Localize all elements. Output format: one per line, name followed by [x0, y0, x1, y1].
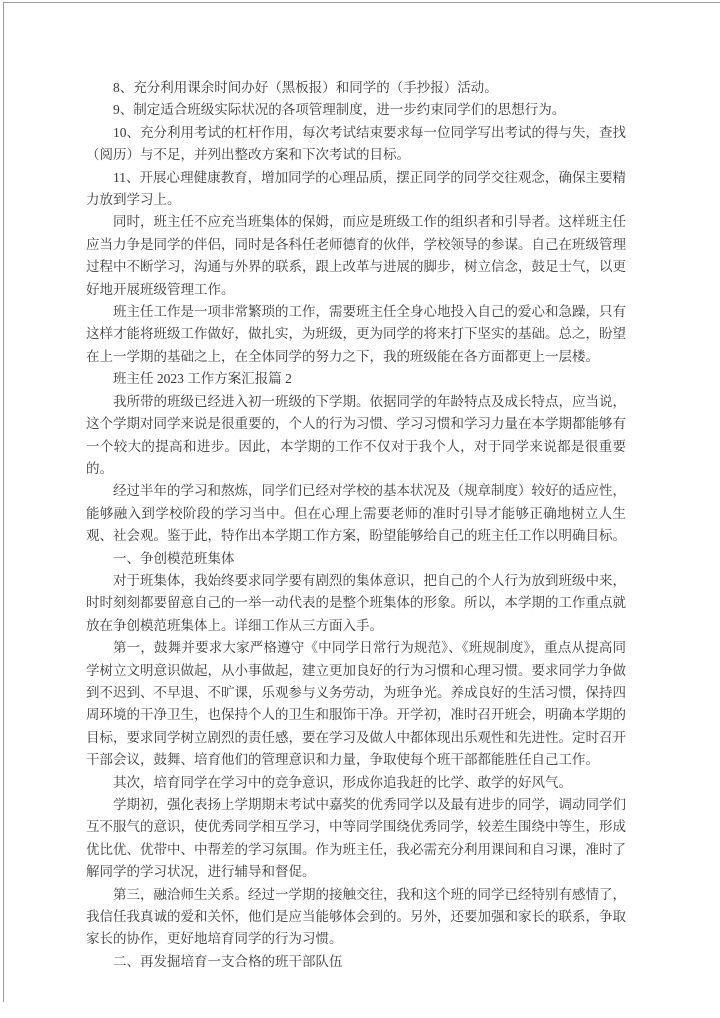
- paragraph: 同时，班主任不应充当班集体的保姆，而应是班级工作的组织者和引导者。这样班主任应当…: [86, 211, 626, 301]
- paragraph: 第一，鼓舞并要求大家严格遵守《中同学日常行为规范》、《班规制度》，重点从提高同学…: [86, 637, 626, 771]
- page-border-left: [3, 2, 4, 1002]
- section-heading-one: 一、争创模范班集体: [86, 548, 626, 570]
- paragraph: 其次，培育同学在学习中的竞争意识，形成你追我赶的比学、敢学的好风气。: [86, 772, 626, 794]
- paragraph: 经过半年的学习和熬炼，同学们已经对学校的基本状况及（规章制度）较好的适应性，能够…: [86, 480, 626, 547]
- paragraph: 对于班集体，我始终要求同学要有剧烈的集体意识，把自己的个人行为放到班级中来，时时…: [86, 570, 626, 637]
- paragraph: 第三，融洽师生关系。经过一学期的接触交往，我和这个班的同学已经特别有感情了，我信…: [86, 884, 626, 951]
- paragraph: 班主任工作是一项非常繁琐的工作，需要班主任全身心地投入自己的爱心和急躁，只有这样…: [86, 301, 626, 368]
- section-heading-part2: 班主任 2023 工作方案汇报篇 2: [86, 368, 626, 390]
- list-item-10: 10、充分利用考试的杠杆作用，每次考试结束要求每一位同学写出考试的得与失，查找（…: [86, 122, 626, 167]
- page-border-top: [3, 2, 720, 3]
- list-item-9: 9、制定适合班级实际状况的各项管理制度，进一步约束同学们的思想行为。: [86, 99, 626, 121]
- paragraph: 我所带的班级已经进入初一班级的下学期。依据同学的年龄特点及成长特点，应当说，这个…: [86, 391, 626, 481]
- document-page: { "page": { "background": "#ffffff", "bo…: [0, 0, 720, 1018]
- section-heading-two: 二、再发掘培育一支合格的班干部队伍: [86, 951, 626, 973]
- document-body: 8、充分利用课余时间办好（黑板报）和同学的（手抄报）活动。 9、制定适合班级实际…: [86, 77, 626, 973]
- list-item-8: 8、充分利用课余时间办好（黑板报）和同学的（手抄报）活动。: [86, 77, 626, 99]
- paragraph: 学期初，强化表扬上学期期末考试中嘉奖的优秀同学以及最有进步的同学，调动同学们互不…: [86, 794, 626, 884]
- list-item-11: 11、开展心理健康教育，增加同学的心理品质，摆正同学的同学交往观念，确保主要精力…: [86, 167, 626, 212]
